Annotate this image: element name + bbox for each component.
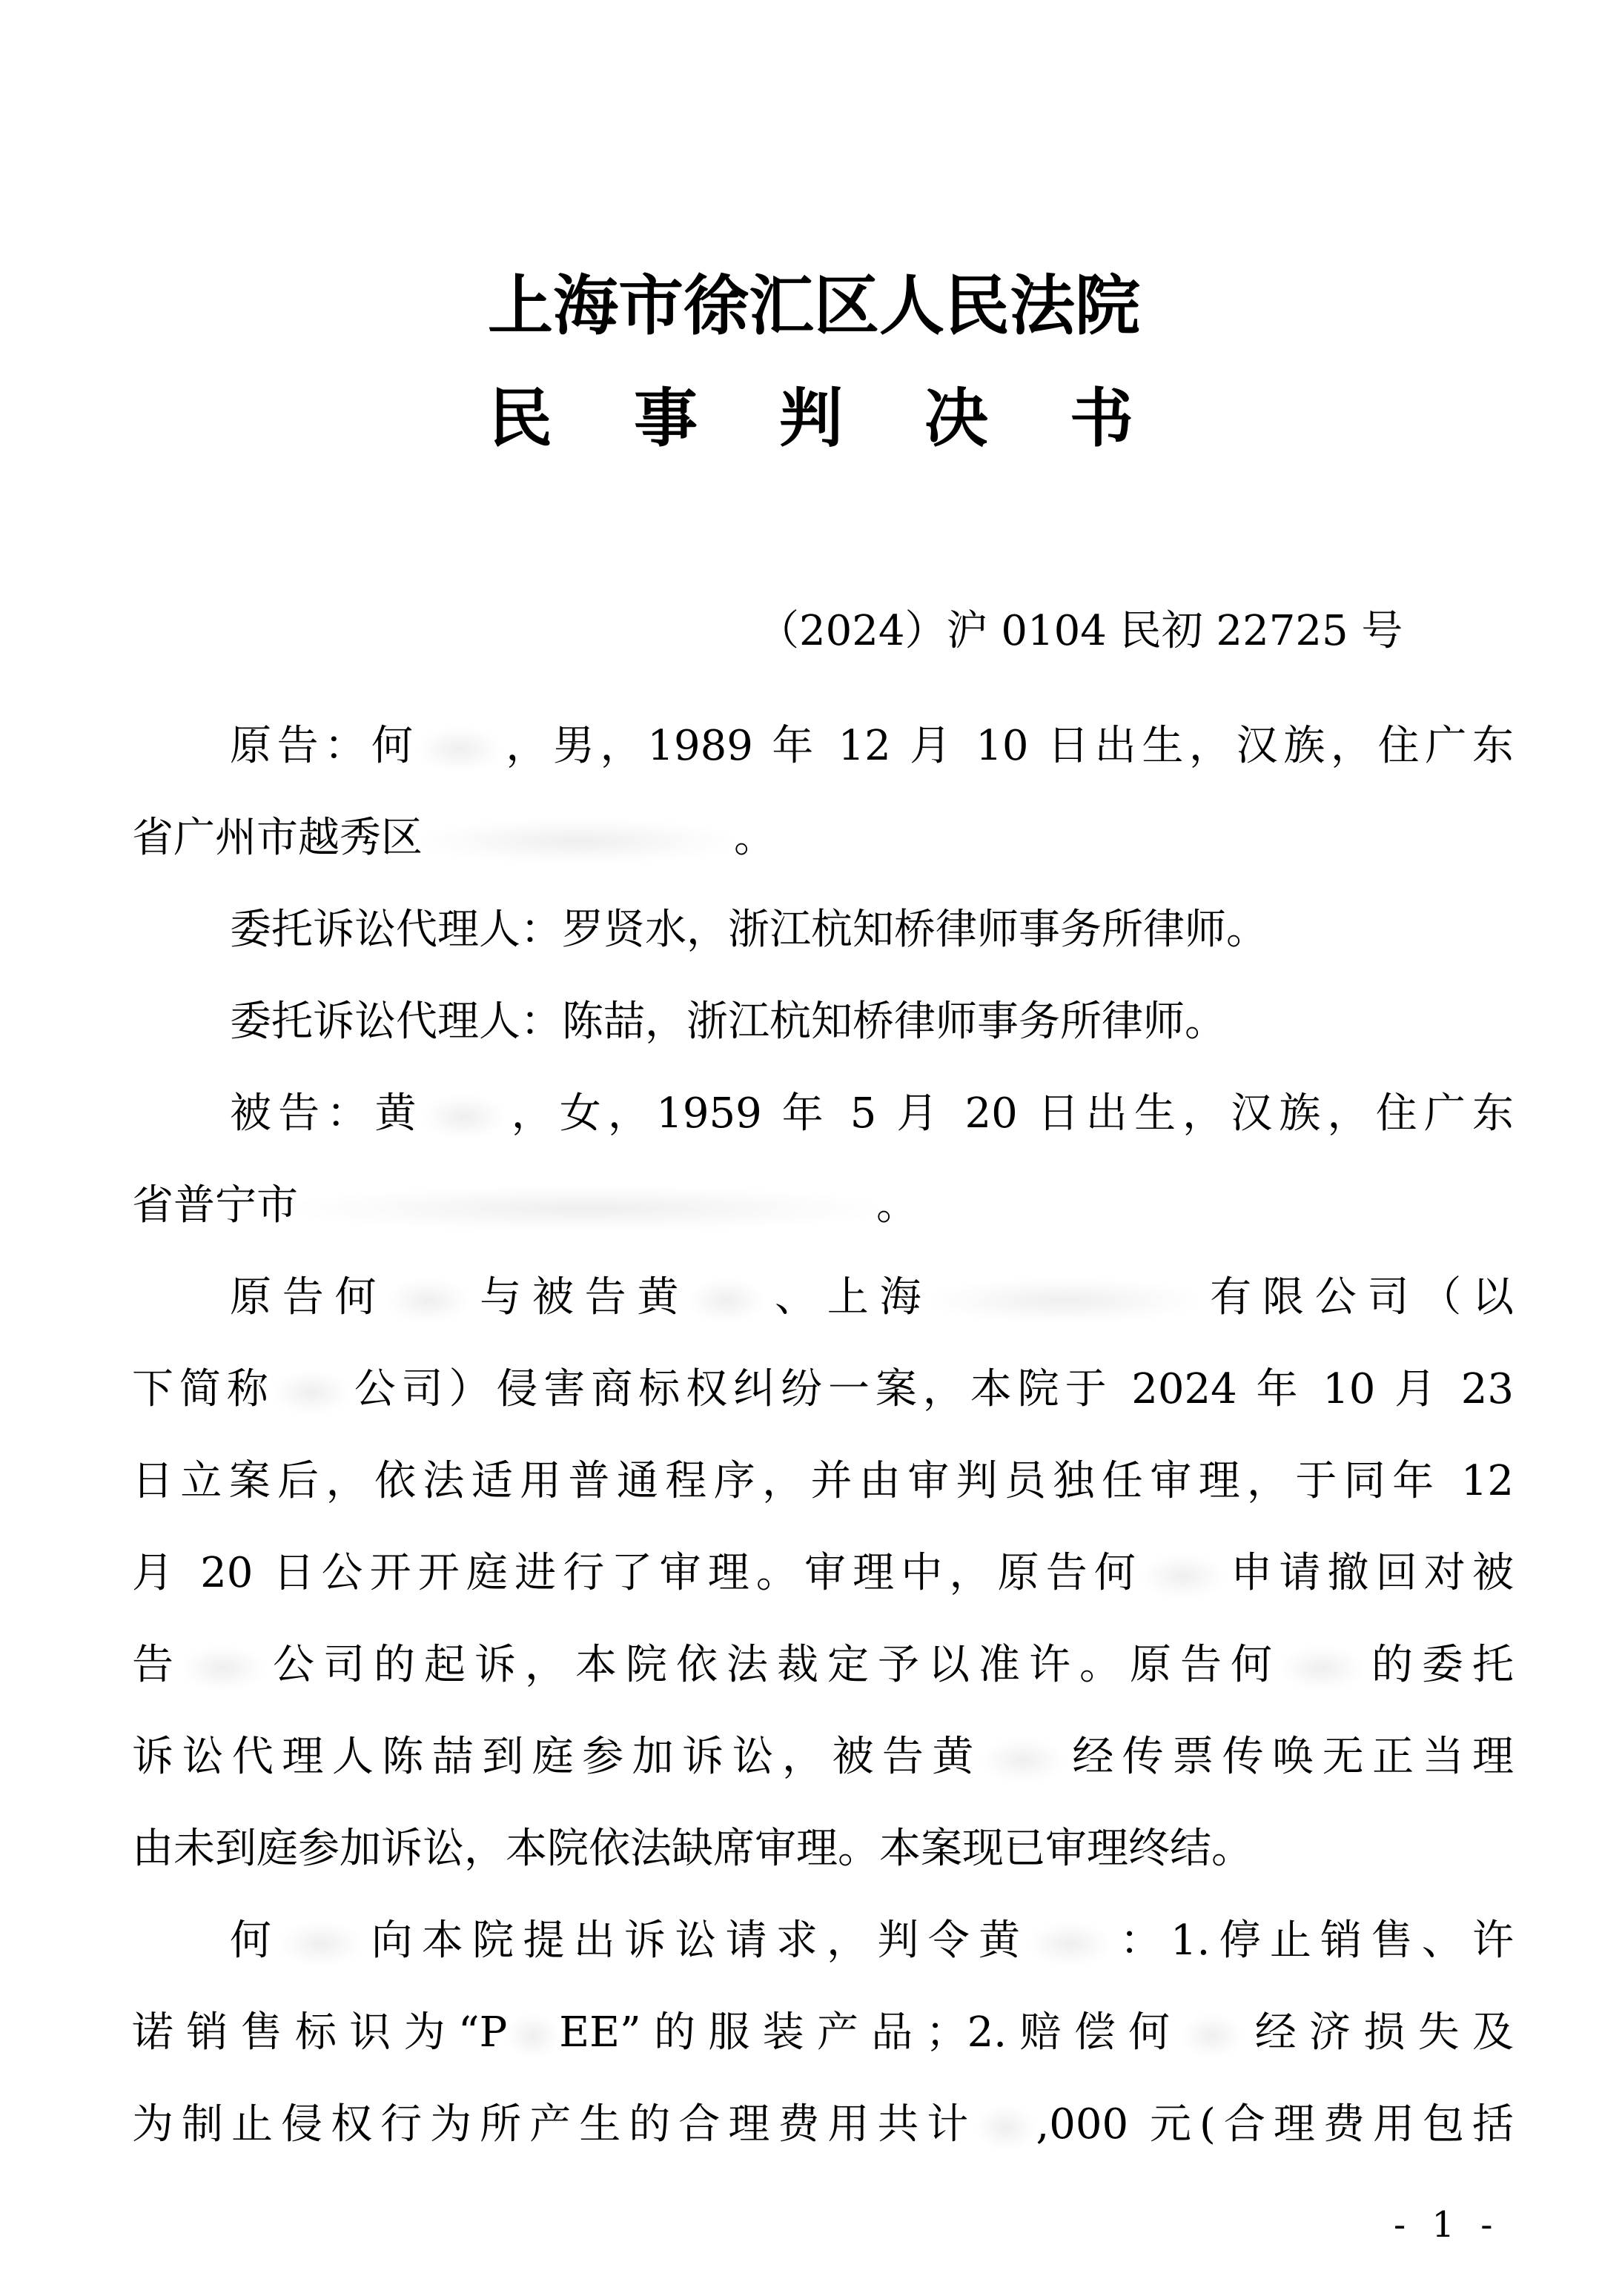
redacted-amount: [976, 2106, 1036, 2150]
agent-2-line: 委托诉讼代理人：陈喆，浙江杭知桥律师事务所律师。: [132, 976, 1514, 1068]
text-run: 何: [230, 1917, 280, 1965]
plaintiff-line-1: 原告：何，男，1989 年 12 月 10 日出生，汉族，住广东: [132, 700, 1514, 792]
text-run: 、上海: [764, 1273, 932, 1321]
case-number: （2024）沪 0104 民初 22725 号: [758, 602, 1403, 661]
defendant-label-text: 被告：黄: [230, 1089, 423, 1138]
procedure-line-5: 告公司的起诉，本院依法裁定予以准许。原告何的委托: [132, 1619, 1514, 1711]
text-run: ,000 元(合理费用包括: [1036, 2100, 1514, 2149]
redacted-name: [1029, 1922, 1110, 1966]
plaintiff-label-text: 原告：何: [230, 722, 419, 770]
redacted-company: [182, 1646, 264, 1691]
text-run: 有限公司（以: [1199, 1273, 1514, 1321]
claims-line-3: 为制止侵权行为所产生的合理费用共计,000 元(合理费用包括: [132, 2079, 1514, 2171]
redacted-name: [387, 1278, 469, 1323]
text-run: 经济损失及: [1242, 2008, 1514, 2057]
plaintiff-line-2: 省广州市越秀区。: [132, 792, 1514, 884]
text-run: 与被告黄: [469, 1273, 689, 1321]
text-run: 原告何: [230, 1273, 387, 1321]
text-run: ：1.停止销售、许: [1110, 1917, 1514, 1965]
period-text: 。: [876, 1181, 918, 1230]
text-run: 诺销售标识为“P: [132, 2008, 507, 2057]
redacted-company: [932, 1278, 1199, 1323]
procedure-line-2: 下简称公司）侵害商标权纠纷一案，本院于 2024 年 10 月 23: [132, 1344, 1514, 1436]
page-number: - 1 -: [1394, 2203, 1500, 2247]
claims-line-1: 何向本院提出诉讼请求，判令黄：1.停止销售、许: [132, 1895, 1514, 1987]
redacted-name: [1281, 1646, 1363, 1691]
text-run: 月 20 日公开开庭进行了审理。审理中，原告何: [132, 1549, 1142, 1597]
claims-line-2: 诺销售标识为“PEE”的服装产品；2.赔偿何经济损失及: [132, 1987, 1514, 2079]
text-run: 申请撤回对被: [1224, 1549, 1514, 1597]
defendant-line-2: 省普宁市。: [132, 1160, 1514, 1252]
defendant-line-1: 被告：黄，女，1959 年 5 月 20 日出生，汉族，住广东: [132, 1068, 1514, 1160]
defendant-info-text: ，女，1959 年 5 月 20 日出生，汉族，住广东: [505, 1089, 1514, 1138]
document-page: 上海市徐汇区人民法院 民 事 判 决 书 （2024）沪 0104 民初 227…: [0, 0, 1622, 2296]
redacted-name: [280, 1922, 362, 1966]
text-run: 诉讼代理人陈喆到庭参加诉讼，被告黄: [132, 1733, 982, 1781]
judgment-body: 原告：何，男，1989 年 12 月 10 日出生，汉族，住广东 省广州市越秀区…: [132, 700, 1514, 2171]
text-run: EE”的服装产品；2.赔偿何: [559, 2008, 1182, 2057]
redacted-trademark: [507, 2014, 559, 2058]
document-type-title: 民 事 判 决 书: [0, 382, 1622, 456]
redacted-name: [423, 1095, 505, 1139]
text-run: 向本院提出诉讼请求，判令黄: [362, 1917, 1029, 1965]
redacted-company: [274, 1370, 348, 1415]
period-text: 。: [734, 814, 775, 862]
procedure-line-6: 诉讼代理人陈喆到庭参加诉讼，被告黄经传票传唤无正当理: [132, 1711, 1514, 1803]
procedure-line-3: 日立案后，依法适用普通程序，并由审判员独任审理，于同年 12: [132, 1436, 1514, 1527]
plaintiff-address-text: 省广州市越秀区: [132, 814, 423, 862]
text-run: 公司的起诉，本院依法裁定予以准许。原告何: [264, 1641, 1281, 1689]
redacted-name: [1142, 1554, 1224, 1599]
text-run: 的委托: [1363, 1641, 1514, 1689]
redacted-name: [982, 1738, 1064, 1782]
procedure-line-7: 由未到庭参加诉讼，本院依法缺席审理。本案现已审理终结。: [132, 1803, 1514, 1895]
defendant-address-text: 省普宁市: [132, 1181, 298, 1230]
redacted-name: [689, 1278, 764, 1323]
court-name-title: 上海市徐汇区人民法院: [0, 268, 1622, 342]
text-run: 下简称: [132, 1365, 274, 1413]
redacted-name: [1182, 2014, 1242, 2058]
text-run: 为制止侵权行为所产生的合理费用共计: [132, 2100, 976, 2149]
procedure-line-4: 月 20 日公开开庭进行了审理。审理中，原告何申请撤回对被: [132, 1527, 1514, 1619]
plaintiff-info-text: ，男，1989 年 12 月 10 日出生，汉族，住广东: [500, 722, 1514, 770]
procedure-line-1: 原告何与被告黄、上海有限公司（以: [132, 1252, 1514, 1344]
redacted-address: [423, 819, 734, 863]
redacted-name: [419, 727, 500, 772]
text-run: 经传票传唤无正当理: [1064, 1733, 1514, 1781]
redacted-address: [298, 1187, 876, 1231]
text-run: 公司）侵害商标权纠纷一案，本院于 2024 年 10 月 23: [348, 1365, 1514, 1413]
text-run: 告: [132, 1641, 182, 1689]
agent-1-line: 委托诉讼代理人：罗贤水，浙江杭知桥律师事务所律师。: [132, 884, 1514, 976]
